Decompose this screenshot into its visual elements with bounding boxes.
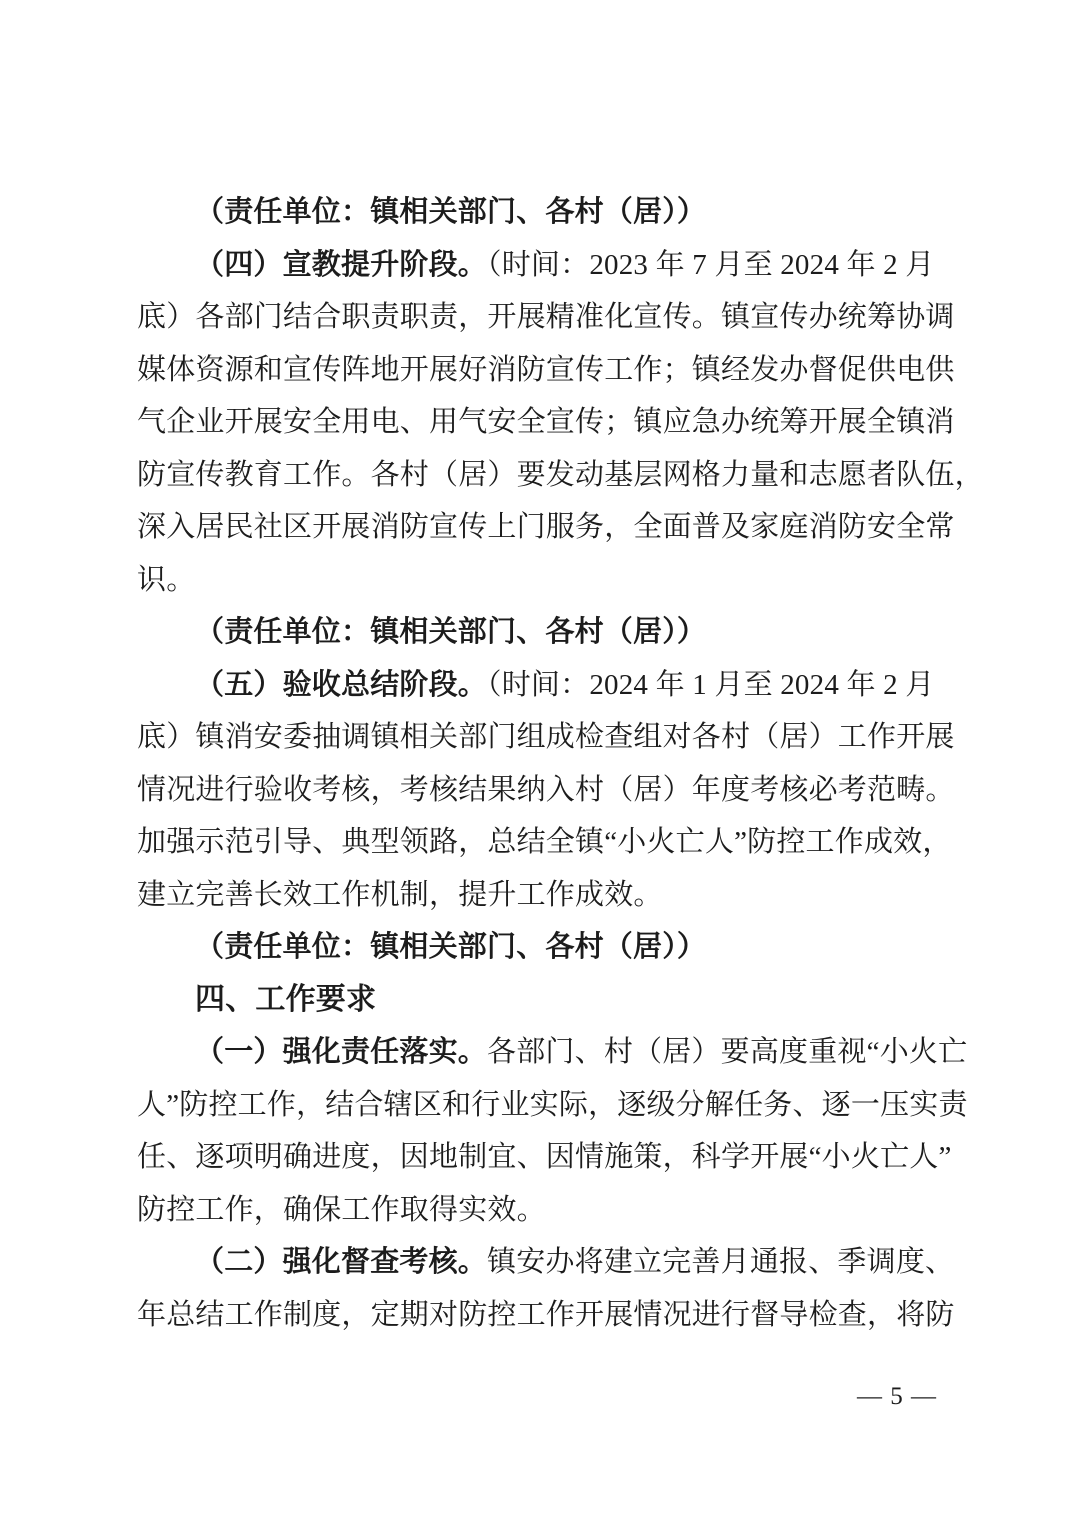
text-line: 深入居民社区开展消防宣传上门服务，全面普及家庭消防安全常: [137, 501, 947, 554]
text-line: 气企业开展安全用电、用气安全宣传；镇应急办统筹开展全镇消: [137, 396, 947, 449]
text-run: 四、工作要求: [195, 983, 376, 1016]
text-line: 防宣传教育工作。各村（居）要发动基层网格力量和志愿者队伍，: [137, 449, 947, 502]
text-line: 底）镇消安委抽调镇相关部门组成检查组对各村（居）工作开展: [137, 711, 947, 764]
text-line: 防控工作，确保工作取得实效。: [137, 1184, 947, 1237]
text-line: （责任单位：镇相关部门、各村（居））: [137, 186, 947, 239]
text-run: 识。: [137, 564, 195, 596]
text-line: 识。: [137, 554, 947, 607]
text-run: 人”防控工作，结合辖区和行业实际，逐级分解任务、逐一压实责: [137, 1089, 968, 1121]
text-run: 媒体资源和宣传阵地开展好消防宣传工作；镇经发办督促供电供: [137, 354, 955, 386]
document-content: （责任单位：镇相关部门、各村（居））（四）宣教提升阶段。（时间：2023 年 7…: [137, 186, 947, 1341]
text-run: （时间：2023 年 7 月至 2024 年 2 月: [487, 249, 934, 281]
section-heading: 四、工作要求: [137, 974, 947, 1027]
text-run: 防控工作，确保工作取得实效。: [137, 1194, 546, 1226]
text-line: （责任单位：镇相关部门、各村（居））: [137, 921, 947, 974]
text-run: （四）宣教提升阶段。: [195, 249, 487, 281]
text-line: 情况进行验收考核，考核结果纳入村（居）年度考核必考范畴。: [137, 764, 947, 817]
text-run: 年总结工作制度，定期对防控工作开展情况进行督导检查，将防: [137, 1299, 955, 1331]
text-run: （二）强化督查考核。: [195, 1246, 487, 1278]
text-run: 建立完善长效工作机制，提升工作成效。: [137, 879, 663, 911]
text-line: 媒体资源和宣传阵地开展好消防宣传工作；镇经发办督促供电供: [137, 344, 947, 397]
text-line: 年总结工作制度，定期对防控工作开展情况进行督导检查，将防: [137, 1289, 947, 1342]
text-run: （责任单位：镇相关部门、各村（居））: [195, 616, 706, 648]
text-run: 深入居民社区开展消防宣传上门服务，全面普及家庭消防安全常: [137, 511, 955, 543]
document-page: （责任单位：镇相关部门、各村（居））（四）宣教提升阶段。（时间：2023 年 7…: [0, 0, 1074, 1520]
text-run: （一）强化责任落实。: [195, 1036, 487, 1068]
text-line: 建立完善长效工作机制，提升工作成效。: [137, 869, 947, 922]
page-number: — 5 —: [857, 1383, 937, 1411]
text-run: 底）镇消安委抽调镇相关部门组成检查组对各村（居）工作开展: [137, 721, 955, 753]
text-run: 各部门、村（居）要高度重视“小火亡: [487, 1036, 967, 1068]
text-line: （五）验收总结阶段。（时间：2024 年 1 月至 2024 年 2 月: [137, 659, 947, 712]
text-line: （责任单位：镇相关部门、各村（居））: [137, 606, 947, 659]
text-run: 防宣传教育工作。各村（居）要发动基层网格力量和志愿者队伍，: [137, 459, 984, 491]
text-run: （时间：2024 年 1 月至 2024 年 2 月: [487, 669, 934, 701]
text-run: 气企业开展安全用电、用气安全宣传；镇应急办统筹开展全镇消: [137, 406, 955, 438]
text-line: （四）宣教提升阶段。（时间：2023 年 7 月至 2024 年 2 月: [137, 239, 947, 292]
text-run: （责任单位：镇相关部门、各村（居））: [195, 931, 706, 963]
text-run: 情况进行验收考核，考核结果纳入村（居）年度考核必考范畴。: [137, 774, 955, 806]
text-line: 加强示范引导、典型领路，总结全镇“小火亡人”防控工作成效，: [137, 816, 947, 869]
text-line: （二）强化督查考核。镇安办将建立完善月通报、季调度、: [137, 1236, 947, 1289]
text-run: （责任单位：镇相关部门、各村（居））: [195, 196, 706, 228]
text-run: 镇安办将建立完善月通报、季调度、: [487, 1246, 954, 1278]
text-run: 加强示范引导、典型领路，总结全镇“小火亡人”防控工作成效，: [137, 826, 952, 858]
text-run: 底）各部门结合职责职责，开展精准化宣传。镇宣传办统筹协调: [137, 301, 955, 333]
text-line: 人”防控工作，结合辖区和行业实际，逐级分解任务、逐一压实责: [137, 1079, 947, 1132]
text-line: （一）强化责任落实。各部门、村（居）要高度重视“小火亡: [137, 1026, 947, 1079]
text-line: 任、逐项明确进度，因地制宜、因情施策，科学开展“小火亡人”: [137, 1131, 947, 1184]
text-line: 底）各部门结合职责职责，开展精准化宣传。镇宣传办统筹协调: [137, 291, 947, 344]
text-run: 任、逐项明确进度，因地制宜、因情施策，科学开展“小火亡人”: [137, 1141, 952, 1173]
text-run: （五）验收总结阶段。: [195, 669, 487, 701]
